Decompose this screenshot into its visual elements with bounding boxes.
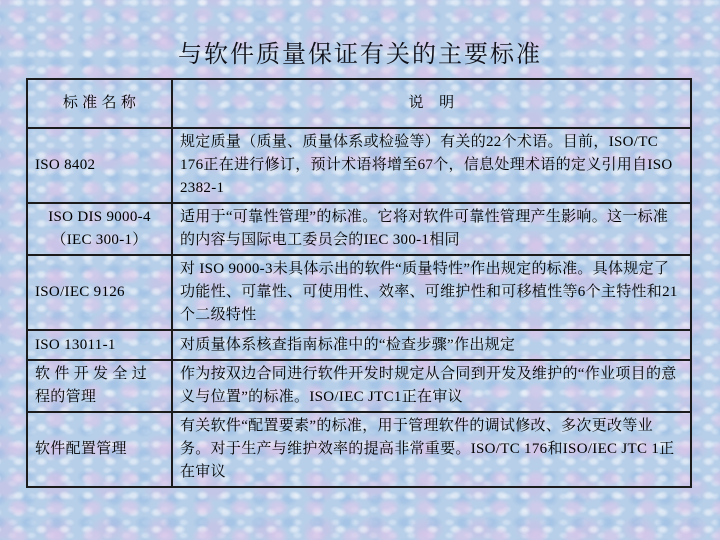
table-row: ISO 8402 规定质量（质量、质量体系或检验等）有关的22个术语。目前，IS…: [27, 128, 691, 203]
standard-name-cell: ISO DIS 9000-4（IEC 300-1）: [27, 203, 172, 255]
standard-description-cell: 对质量体系核查指南标准中的“检查步骤”作出规定: [172, 330, 691, 360]
standard-description-cell: 规定质量（质量、质量体系或检验等）有关的22个术语。目前，ISO/TC 176正…: [172, 128, 691, 203]
table-row: 软件配置管理 有关软件“配置要素”的标准，用于管理软件的调试修改、多次更改等业务…: [27, 412, 691, 487]
standards-table: 标 准 名 称 说 明 ISO 8402 规定质量（质量、质量体系或检验等）有关…: [26, 78, 692, 488]
table-row: ISO DIS 9000-4（IEC 300-1） 适用于“可靠性管理”的标准。…: [27, 203, 691, 255]
name-column-header: 标 准 名 称: [27, 79, 172, 128]
standard-name-cell: ISO 13011-1: [27, 330, 172, 360]
standard-name-cell: 软 件 开 发 全 过 程的管理: [27, 360, 172, 412]
standard-name-cell: 软件配置管理: [27, 412, 172, 487]
table-row: ISO/IEC 9126 对 ISO 9000-3未具体示出的软件“质量特性”作…: [27, 255, 691, 330]
standard-description-cell: 对 ISO 9000-3未具体示出的软件“质量特性”作出规定的标准。具体规定了功…: [172, 255, 691, 330]
standard-name-cell: ISO/IEC 9126: [27, 255, 172, 330]
description-column-header: 说 明: [172, 79, 691, 128]
standard-description-cell: 有关软件“配置要素”的标准，用于管理软件的调试修改、多次更改等业务。对于生产与维…: [172, 412, 691, 487]
table-row: 软 件 开 发 全 过 程的管理 作为按双边合同进行软件开发时规定从合同到开发及…: [27, 360, 691, 412]
standard-description-cell: 适用于“可靠性管理”的标准。它将对软件可靠性管理产生影响。这一标准的内容与国际电…: [172, 203, 691, 255]
table-row: ISO 13011-1 对质量体系核查指南标准中的“检查步骤”作出规定: [27, 330, 691, 360]
slide-background: 与软件质量保证有关的主要标准 标 准 名 称 说 明 ISO 8402 规定质量…: [0, 0, 720, 540]
standard-name-cell: ISO 8402: [27, 128, 172, 203]
standard-description-cell: 作为按双边合同进行软件开发时规定从合同到开发及维护的“作业项目的意义与位置”的标…: [172, 360, 691, 412]
table-header-row: 标 准 名 称 说 明: [27, 79, 691, 128]
page-title: 与软件质量保证有关的主要标准: [0, 34, 720, 69]
